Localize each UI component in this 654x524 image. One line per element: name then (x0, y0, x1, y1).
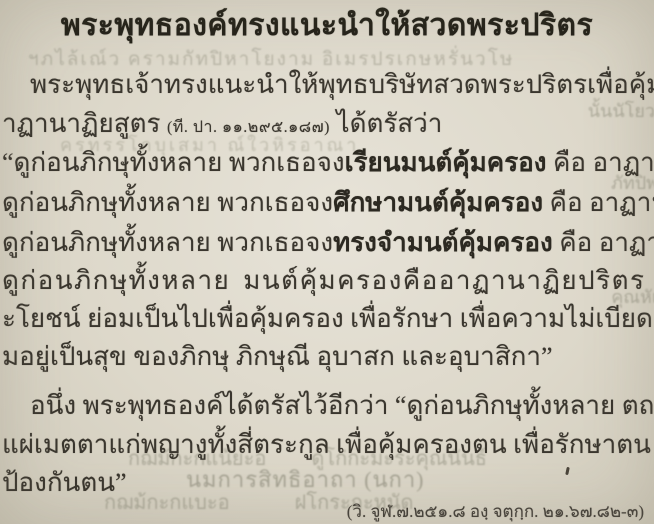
quote-line-2: ดูก่อนภิกษุทั้งหลาย พวกเธอจงศึกษามนต์คุ้… (2, 186, 646, 220)
paragraph1-line2: าฏานาฏิยสูตร (ที. ปา. ๑๑.๒๙๕.๑๘๗) ได้ตรั… (2, 107, 646, 145)
inline-citation: (ที. ปา. ๑๑.๒๙๕.๑๘๗) (167, 119, 330, 136)
quote-line-3: ดูก่อนภิกษุทั้งหลาย พวกเธอจงทรงจำมนต์คุ้… (2, 226, 646, 260)
quote-line-1-pre: “ดูก่อนภิกษุทั้งหลาย พวกเธอจง (2, 148, 345, 177)
quote-line-1-bold: เรียนมนต์คุ้มครอง (345, 148, 547, 177)
sutta-name: าฏานาฏิยสูตร (2, 109, 167, 138)
paragraph2-line1: อนึ่ง พระพุทธองค์ได้ตรัสไว้อีกว่า “ดูก่อ… (30, 389, 646, 423)
quote-line-4: ดูก่อนภิกษุทั้งหลาย มนต์คุ้มครองคืออาฏาน… (2, 264, 646, 298)
quote-line-2-bold: ศึกษามนต์คุ้มครอง (333, 188, 543, 217)
quote-line-3-post: คือ อาฏานาฏิยปริตร (553, 228, 654, 257)
quote-line-2-post: คือ อาฏานาฏิยปริตร. (543, 188, 654, 217)
scanned-book-page: พระพุทธองค์ทรงแนะนำให้สวดพระปริตร ฯภไล้เ… (0, 0, 654, 524)
quote-line-1: “ดูก่อนภิกษุทั้งหลาย พวกเธอจงเรียนมนต์คุ… (2, 146, 646, 180)
quote-line-1-post: คือ อาฏานาฏิยปริตร (546, 148, 654, 177)
paragraph2-line3: ป้องกันตน” (2, 466, 646, 500)
paragraph2-line2: แผ่เมตตาแก่พญางูทั้งสี่ตระกูล เพื่อคุ้มค… (2, 428, 646, 462)
page-title: พระพุทธองค์ทรงแนะนำให้สวดพระปริตร (0, 2, 654, 49)
paragraph1-line1: พระพุทธเจ้าทรงแนะนำให้พุทธบริษัทสวดพระปร… (30, 68, 646, 102)
quote-line-6: มอยู่เป็นสุข ของภิกษุ ภิกษุณี อุบาสก และ… (2, 340, 646, 374)
canon-citation: (วิ. จูฬ.๗.๒๕๑.๘ องฺ จตุกฺก. ๒๑.๖๗.๘๒-๓) (347, 498, 644, 524)
quote-line-5: ะโยชน์ ย่อมเป็นไปเพื่อคุ้มครอง เพื่อรักษ… (2, 302, 646, 336)
quote-line-3-bold: ทรงจำมนต์คุ้มครอง (333, 228, 553, 257)
paragraph1-line2-end: ได้ตรัสว่า (330, 109, 442, 138)
quote-line-3-pre: ดูก่อนภิกษุทั้งหลาย พวกเธอจง (2, 228, 333, 257)
quote-line-2-pre: ดูก่อนภิกษุทั้งหลาย พวกเธอจง (2, 188, 333, 217)
